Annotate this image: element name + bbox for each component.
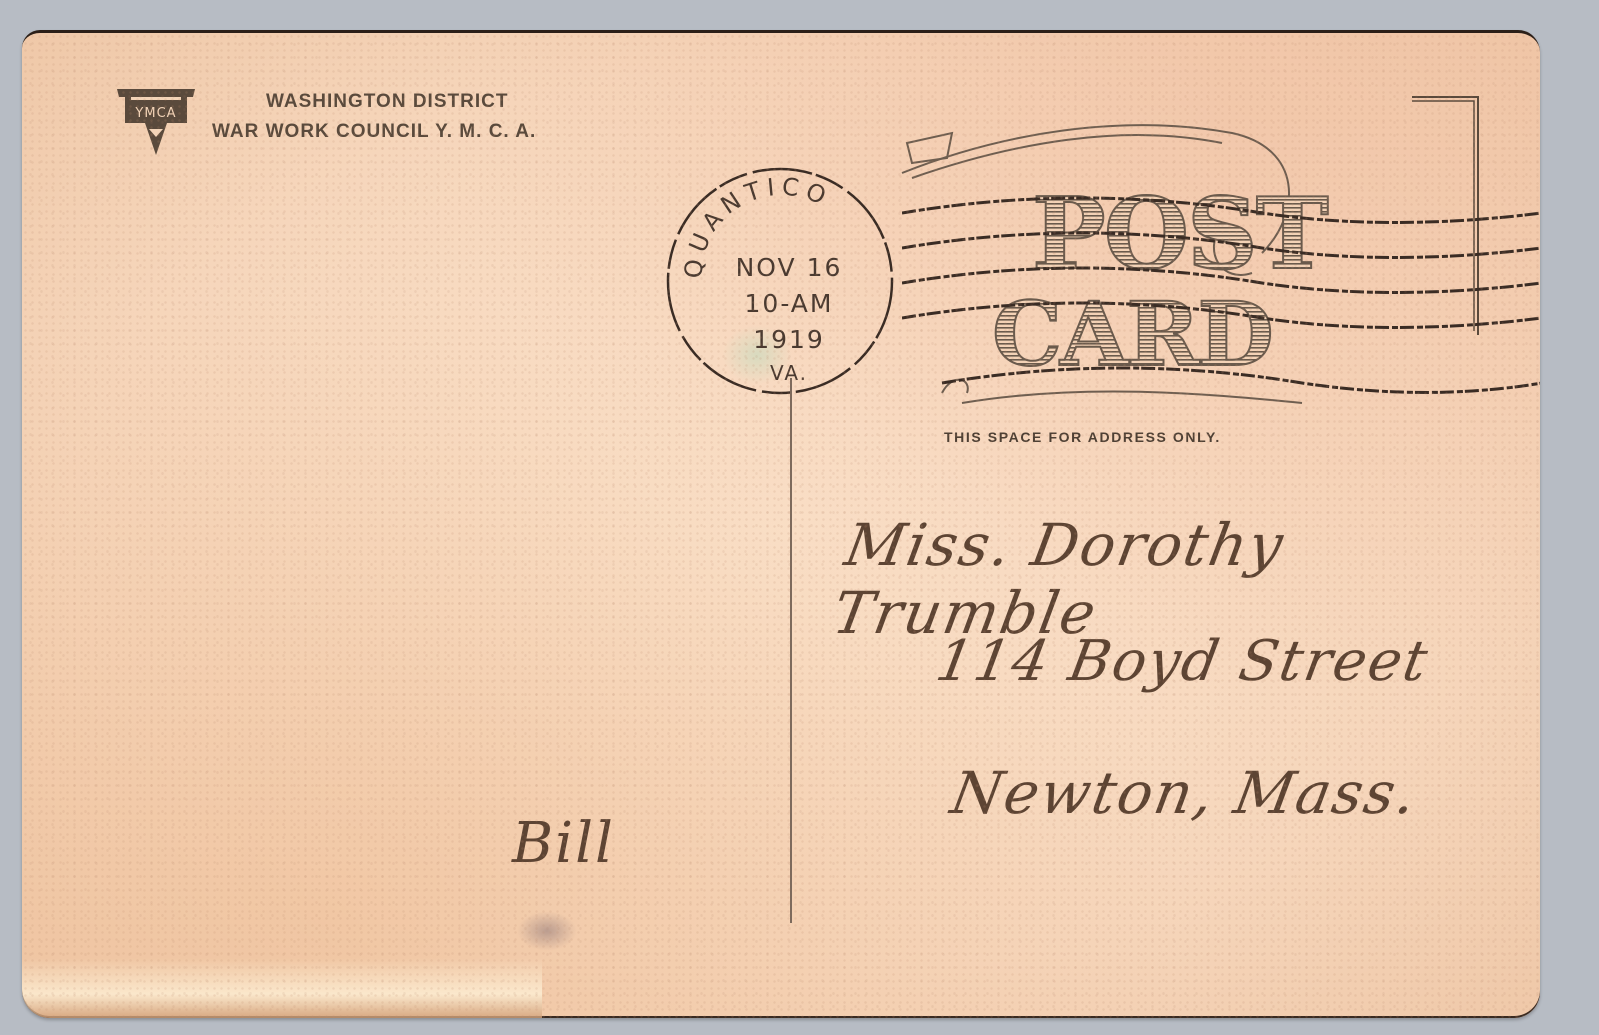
postmark: QUANTICO NOV 16 10-AM 1919 VA. bbox=[662, 161, 922, 421]
postmark-year: 1919 bbox=[714, 325, 864, 354]
postcard: YMCA WASHINGTON DISTRICT WAR WORK COUNCI… bbox=[22, 30, 1540, 1018]
organization-header: WASHINGTON DISTRICT WAR WORK COUNCIL Y. … bbox=[212, 87, 536, 147]
header-line-2: WAR WORK COUNCIL Y. M. C. A. bbox=[212, 117, 536, 147]
signature: Bill bbox=[512, 811, 615, 876]
header-line-1: WASHINGTON DISTRICT bbox=[266, 87, 536, 117]
postmark-state: VA. bbox=[714, 361, 864, 385]
worn-edge bbox=[22, 958, 542, 1018]
postmark-time: 10-AM bbox=[714, 289, 864, 318]
ymca-logo-icon: YMCA bbox=[115, 87, 197, 159]
recipient-street: 114 Boyd Street bbox=[931, 629, 1434, 694]
postmark-date: NOV 16 bbox=[714, 253, 864, 282]
cancellation-lines bbox=[902, 183, 1540, 433]
ink-smudge bbox=[517, 911, 577, 951]
recipient-city: Newton, Mass. bbox=[946, 759, 1423, 827]
recipient-name: Miss. Dorothy Trumble bbox=[828, 511, 1540, 647]
address-heading: THIS SPACE FOR ADDRESS ONLY. bbox=[944, 429, 1221, 445]
svg-text:YMCA: YMCA bbox=[134, 106, 176, 121]
message-address-divider bbox=[790, 378, 792, 923]
